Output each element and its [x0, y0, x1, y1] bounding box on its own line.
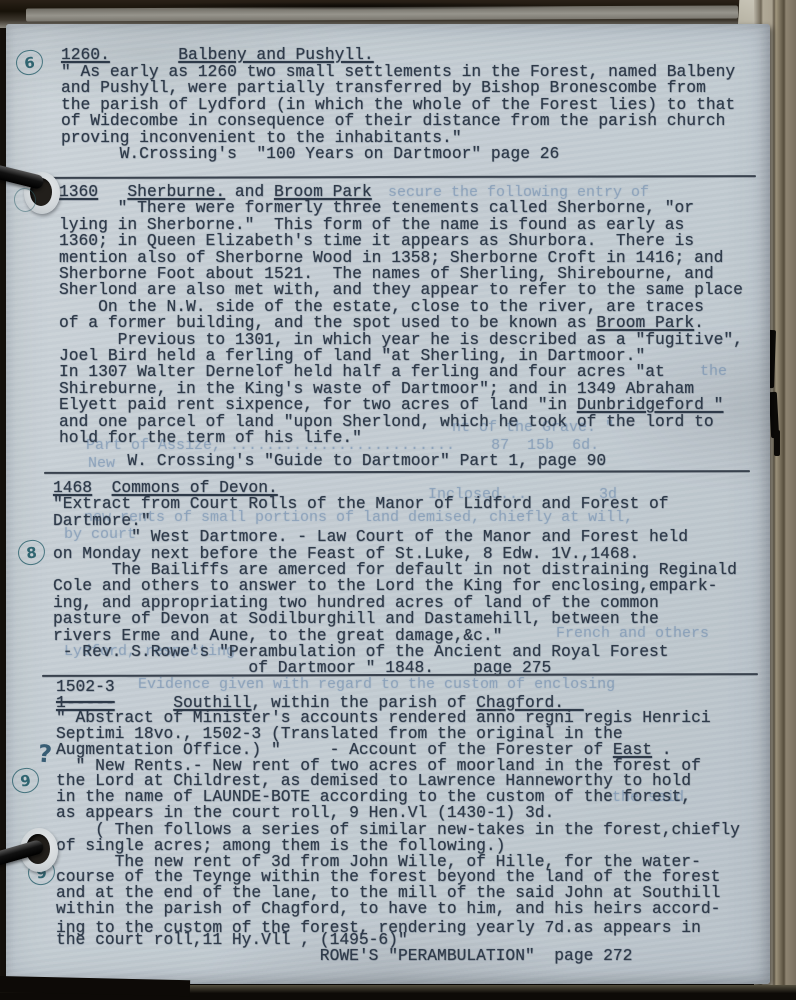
scanned-notebook-photo: secure the following entry ofthent of th…	[0, 0, 796, 1000]
typed-line: the parish of Lydford (in which the whol…	[61, 96, 735, 113]
typed-line: 1260. Balbeny and Pushyll.	[61, 46, 374, 63]
typed-text-segment: ROWE'S "PERAMBULATION" page 272	[56, 946, 632, 965]
typed-line: and Pushyll, were partially transferred …	[61, 79, 706, 96]
typed-line: within the parish of Chagford, to have t…	[56, 900, 720, 917]
typed-line: " As early as 1260 two small settlements…	[61, 63, 735, 80]
typed-text-segment: W. Crossing's "Guide to Dartmoor" Part 1…	[59, 451, 606, 470]
binder-ring-bottom	[0, 812, 76, 892]
binder-ring-top	[0, 152, 76, 232]
binder-rod-icon	[0, 164, 45, 190]
typed-line: W.Crossing's "100 Years on Dartmoor" pag…	[61, 145, 559, 162]
ghost-text: the	[700, 363, 727, 380]
typed-line: W. Crossing's "Guide to Dartmoor" Part 1…	[59, 452, 606, 469]
top-shadow-smear	[120, 2, 580, 10]
ghost-text: Evidence given with regard to the custom…	[138, 676, 615, 693]
typed-text-segment: within the parish of Chagford, to have t…	[56, 899, 720, 918]
typed-text-segment: hold for the term of his life."	[59, 428, 362, 447]
typed-text-segment: W.Crossing's "100 Years on Dartmoor" pag…	[61, 144, 559, 163]
stack-dark-mark	[774, 430, 780, 456]
margin-annotation-?: ?	[37, 740, 53, 769]
typed-line: of Widecombe in consequence of their dis…	[61, 112, 725, 129]
typed-line: hold for the term of his life."	[59, 429, 362, 446]
typed-line: as appears in the court roll, 9 Hen.Vl (…	[56, 804, 554, 821]
typed-text-segment: as appears in the court roll, 9 Hen.Vl (…	[56, 803, 554, 822]
typed-line: ROWE'S "PERAMBULATION" page 272	[56, 947, 632, 964]
typed-line: proving inconvenient to the inhabitants.…	[61, 129, 462, 146]
